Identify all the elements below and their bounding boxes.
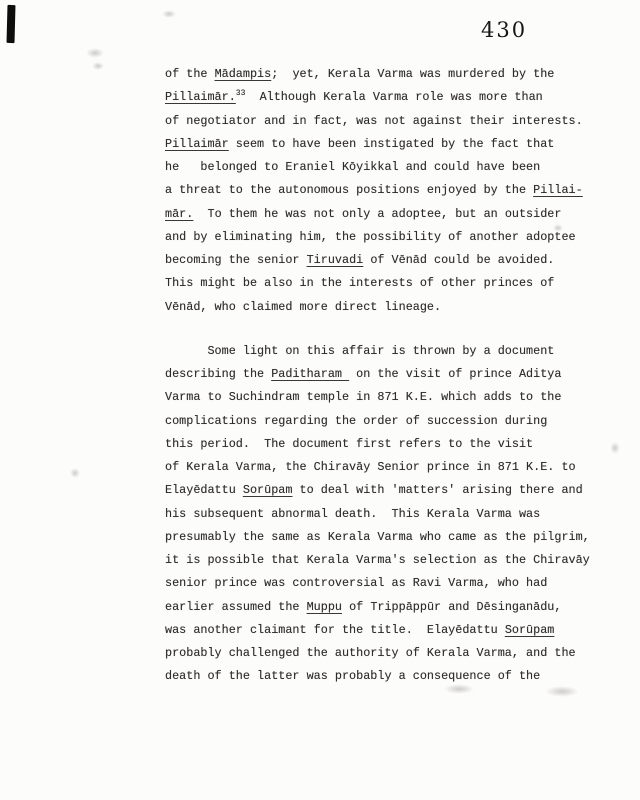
text-line: was another claimant for the title. Elay…	[165, 619, 605, 642]
text-line: Elayēdattu Sorūpam to deal with 'matters…	[165, 479, 605, 502]
scan-artifact-mark	[7, 5, 16, 43]
text-segment: ; yet, Kerala Varma was murdered by the	[271, 67, 554, 81]
text-line: of negotiator and in fact, was not again…	[165, 110, 605, 133]
text-segment: Elayēdattu	[165, 483, 243, 497]
text-line: earlier assumed the Muppu of Trippāppūr …	[165, 596, 605, 619]
text-segment: of Trippāppūr and Dēsinganādu,	[342, 600, 561, 614]
scan-smudge	[545, 686, 579, 697]
text-segment: Vēnād, who claimed more direct lineage.	[165, 300, 441, 314]
text-segment: and by eliminating him, the possibility …	[165, 230, 576, 244]
text-segment: on the visit of prince Aditya	[349, 367, 561, 381]
text-line: Vēnād, who claimed more direct lineage.	[165, 296, 605, 319]
text-segment: Varma to Suchindram temple in 871 K.E. w…	[165, 390, 561, 404]
text-line: presumably the same as Kerala Varma who …	[165, 526, 605, 549]
text-line: this period. The document first refers t…	[165, 433, 605, 456]
text-line: and by eliminating him, the possibility …	[165, 226, 605, 249]
underlined-term: Sorūpam	[243, 483, 293, 497]
scan-smudge	[162, 10, 176, 18]
underlined-term: Paditharam	[271, 367, 349, 381]
underlined-term: mār.	[165, 207, 193, 221]
text-segment: probably challenged the authority of Ker…	[165, 646, 576, 660]
text-segment: complications regarding the order of suc…	[165, 414, 547, 428]
text-line: it is possible that Kerala Varma's selec…	[165, 549, 605, 572]
text-segment: death of the latter was probably a conse…	[165, 669, 540, 683]
text-line: senior prince was controversial as Ravi …	[165, 572, 605, 595]
text-segment: of Kerala Varma, the Chiravāy Senior pri…	[165, 460, 576, 474]
text-segment: Although Kerala Varma role was more than	[245, 90, 542, 104]
text-line: death of the latter was probably a conse…	[165, 665, 605, 688]
text-segment: presumably the same as Kerala Varma who …	[165, 530, 590, 544]
text-line: of Kerala Varma, the Chiravāy Senior pri…	[165, 456, 605, 479]
scan-smudge	[70, 468, 80, 478]
scan-smudge	[610, 442, 620, 454]
text-line: complications regarding the order of suc…	[165, 410, 605, 433]
text-segment: it is possible that Kerala Varma's selec…	[165, 553, 590, 567]
text-segment: this period. The document first refers t…	[165, 437, 533, 451]
text-line: mār. To them he was not only a adoptee, …	[165, 203, 605, 226]
text-segment: describing the	[165, 367, 271, 381]
text-segment: seem to have been instigated by the fact…	[229, 137, 555, 151]
text-line: he belonged to Eraniel Kōyikkal and coul…	[165, 156, 605, 179]
text-line: a threat to the autonomous positions enj…	[165, 179, 605, 202]
text-line: becoming the senior Tiruvadi of Vēnād co…	[165, 249, 605, 272]
text-segment: of negotiator and in fact, was not again…	[165, 114, 583, 128]
text-line: Varma to Suchindram temple in 871 K.E. w…	[165, 386, 605, 409]
paragraph: of the Mādampis; yet, Kerala Varma was m…	[165, 63, 605, 319]
scan-smudge	[92, 62, 104, 70]
text-segment: a threat to the autonomous positions enj…	[165, 183, 533, 197]
footnote-reference: 33	[236, 89, 246, 98]
document-page: 430 of the Mādampis; yet, Kerala Varma w…	[0, 0, 640, 800]
text-segment: was another claimant for the title. Elay…	[165, 623, 505, 637]
scan-smudge	[553, 224, 563, 232]
paragraph: Some light on this affair is thrown by a…	[165, 340, 605, 689]
text-segment: earlier assumed the	[165, 600, 307, 614]
text-line: his subsequent abnormal death. This Kera…	[165, 503, 605, 526]
text-segment: Some light on this affair is thrown by a…	[165, 344, 554, 358]
underlined-term: Pillaimār	[165, 137, 229, 151]
underlined-term: Mādampis	[215, 67, 272, 81]
scan-smudge	[86, 48, 104, 58]
text-segment: his subsequent abnormal death. This Kera…	[165, 507, 540, 521]
text-segment: senior prince was controversial as Ravi …	[165, 576, 547, 590]
text-line: Some light on this affair is thrown by a…	[165, 340, 605, 363]
text-line: describing the Paditharam on the visit o…	[165, 363, 605, 386]
underlined-term: Muppu	[307, 600, 342, 614]
page-number: 430	[481, 18, 527, 42]
text-segment: he belonged to Eraniel Kōyikkal and coul…	[165, 160, 540, 174]
text-line: Pillaimār seem to have been instigated b…	[165, 133, 605, 156]
text-segment: becoming the senior	[165, 253, 307, 267]
text-segment: This might be also in the interests of o…	[165, 276, 554, 290]
text-segment: of the	[165, 67, 215, 81]
scan-smudge	[444, 684, 474, 694]
underlined-term: Tiruvadi	[307, 253, 364, 267]
text-line: Pillaimār.33 Although Kerala Varma role …	[165, 86, 605, 109]
text-segment: to deal with 'matters' arising there and	[292, 483, 582, 497]
underlined-term: Sorūpam	[505, 623, 555, 637]
underlined-term: Pillaimār.	[165, 90, 236, 104]
text-line: probably challenged the authority of Ker…	[165, 642, 605, 665]
text-segment: To them he was not only a adoptee, but a…	[193, 207, 561, 221]
text-segment: of Vēnād could be avoided.	[363, 253, 554, 267]
text-block: of the Mādampis; yet, Kerala Varma was m…	[165, 63, 605, 689]
underlined-term: Pillai-	[533, 183, 583, 197]
text-line: This might be also in the interests of o…	[165, 272, 605, 295]
text-line: of the Mādampis; yet, Kerala Varma was m…	[165, 63, 605, 86]
